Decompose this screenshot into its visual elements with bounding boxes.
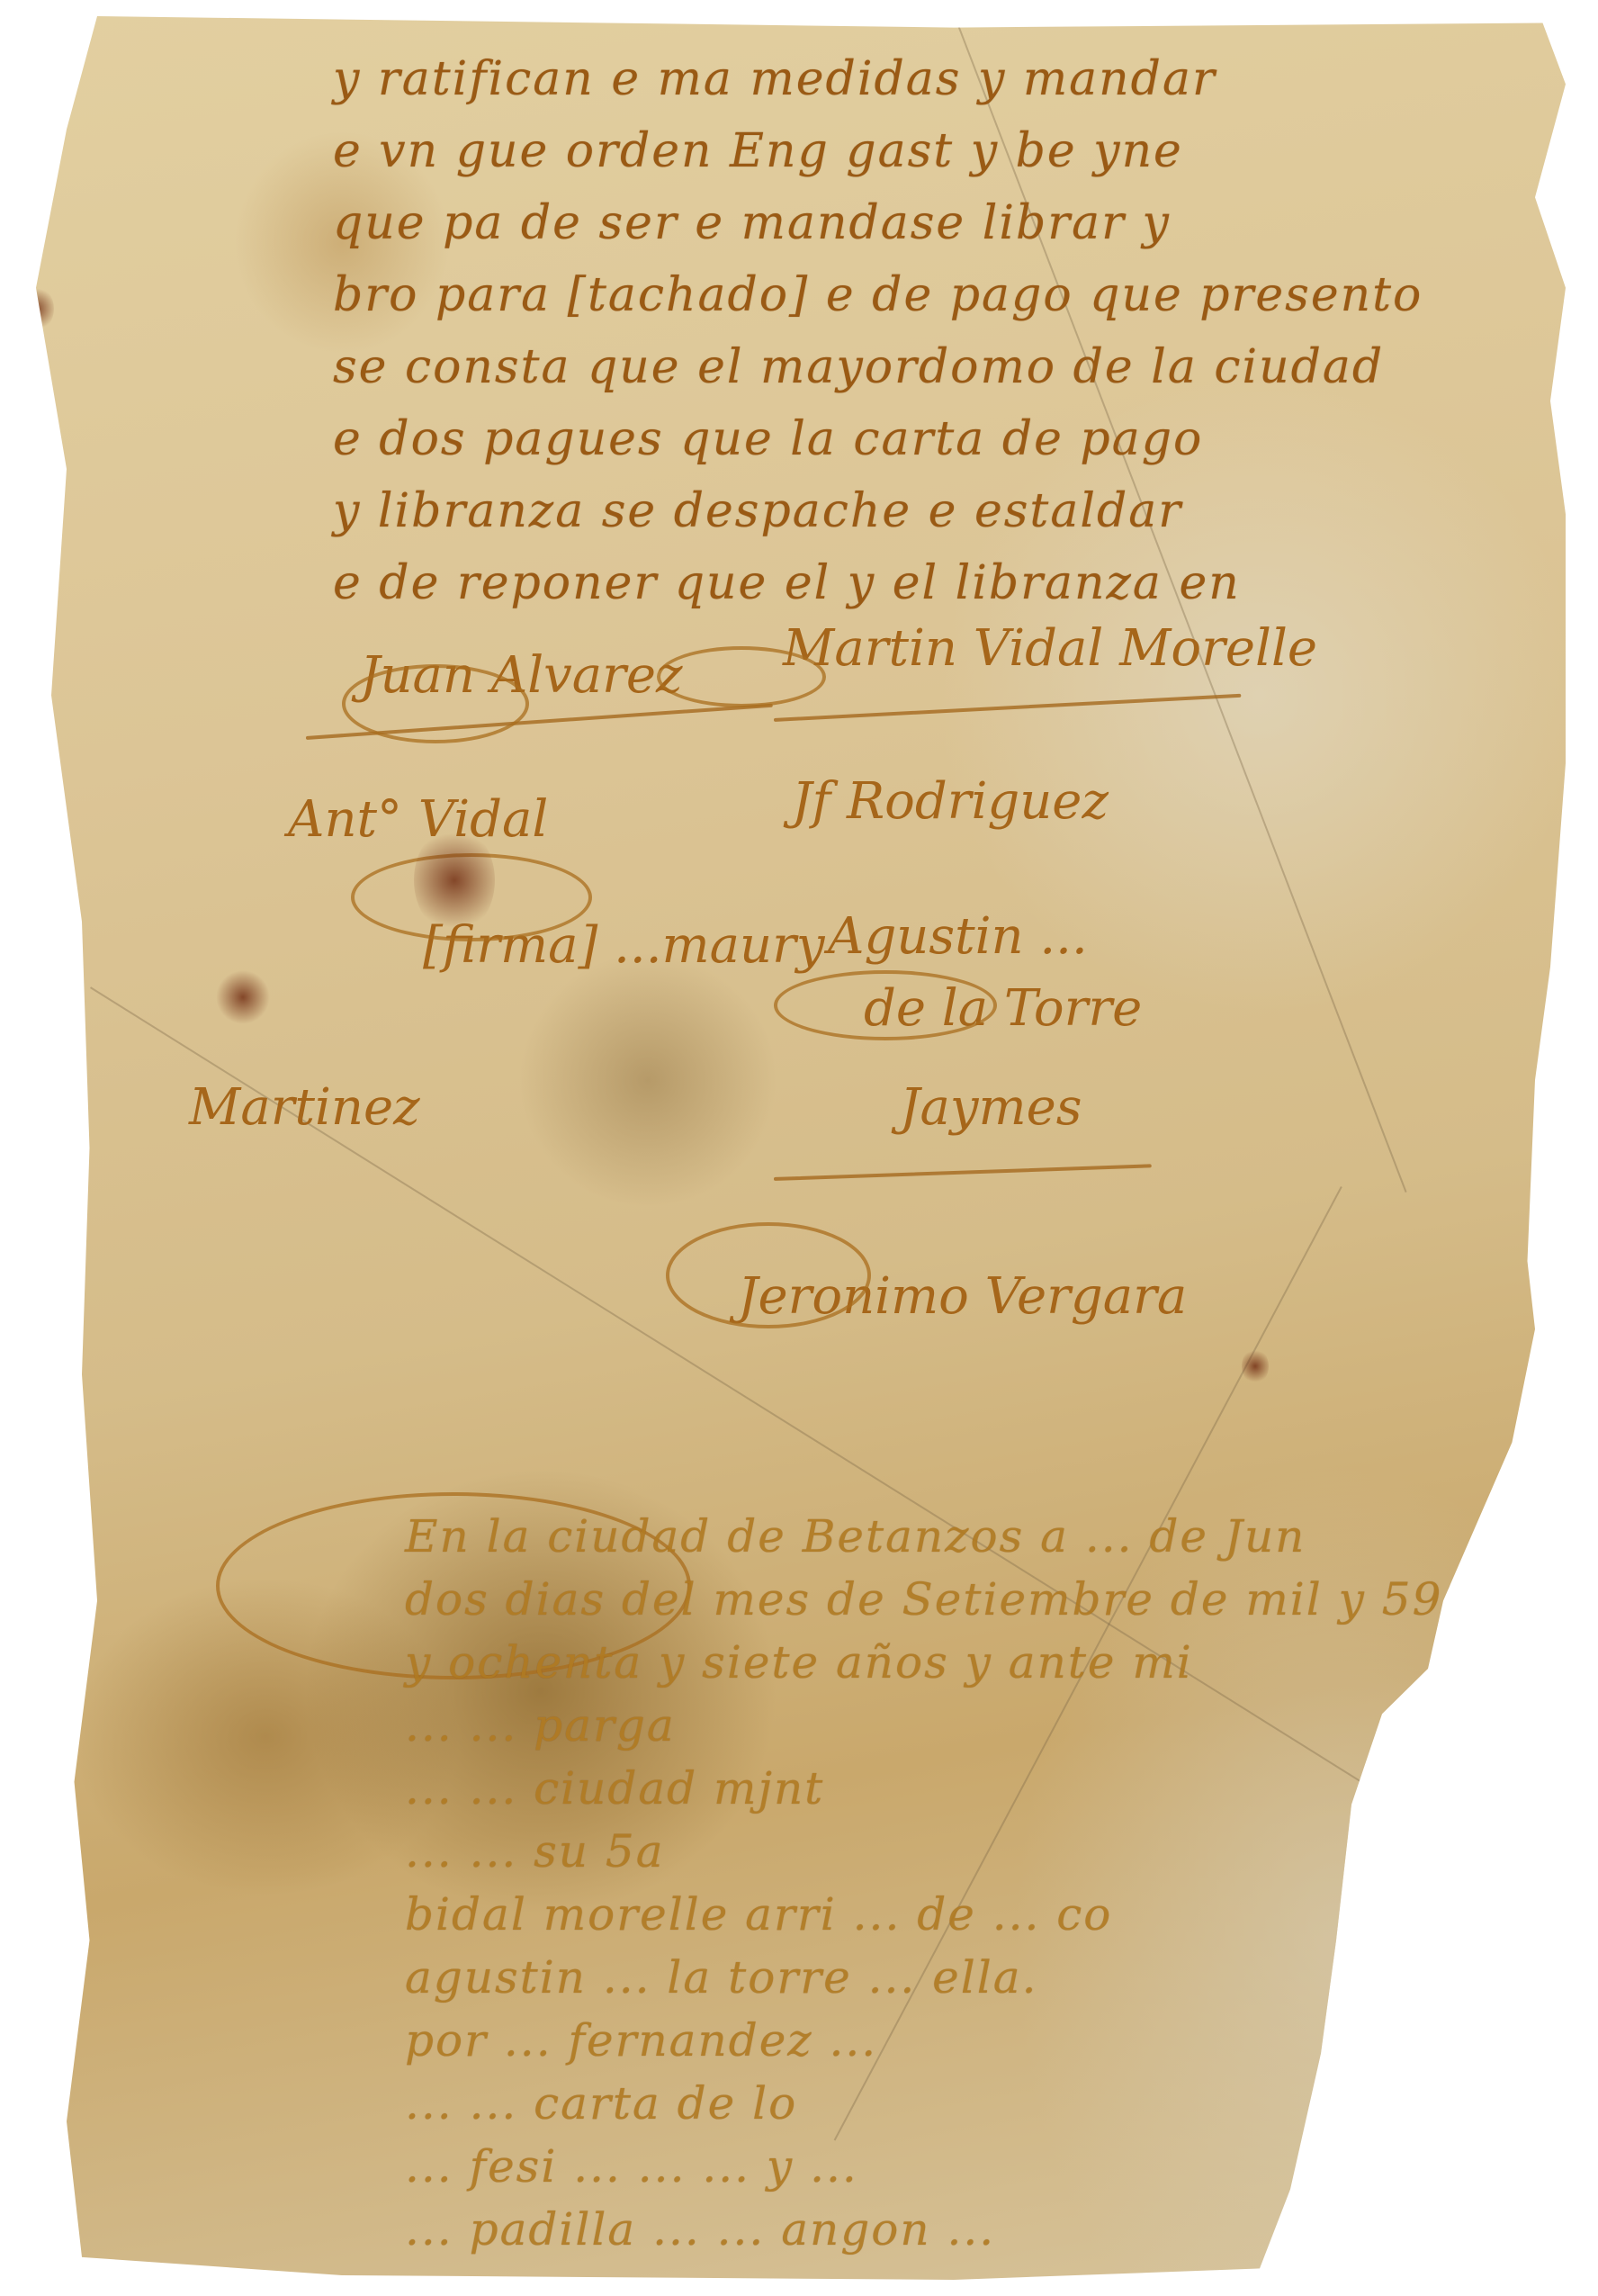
text-line: bro para [tachado] e de pago que present… [333,268,1423,322]
text-line: y libranza se despache e estaldar [333,484,1182,538]
text-line: agustin ... la torre ... ella. [405,1951,1037,2003]
text-line: ... ... parga [405,1699,676,1751]
ink-blot [1242,1348,1269,1384]
text-line: ... ... su 5a [405,1825,665,1877]
signature: Jaymes [900,1078,1082,1137]
signature: Martin Vidal Morelle [783,619,1317,678]
text-line: ... ... carta de lo [405,2077,797,2129]
text-line: e de reponer que el y el libranza en [333,556,1241,610]
text-line: por ... fernandez ... [405,2014,877,2066]
text-line: En la ciudad de Betanzos a ... de Jun [405,1510,1306,1562]
text-line: ... padilla ... ... angon ... [405,2203,995,2255]
ink-blot [414,826,495,934]
ink-blot [216,970,270,1024]
text-line: e vn gue orden Eng gast y be yne [333,124,1183,178]
text-line: e dos pagues que la carta de pago [333,412,1203,466]
text-line: que pa de ser e mandase librar y [333,196,1171,250]
signature-underline [774,694,1241,722]
text-line: y ratifican e ma medidas y mandar [333,52,1216,106]
text-line: bidal morelle arri ... de ... co [405,1888,1112,1940]
rubric-flourish [666,1222,871,1328]
signature: Jf Rodriguez [792,772,1109,831]
text-line: dos dias del mes de Setiembre de mil y 5… [405,1573,1473,1625]
signature: Martinez [189,1078,420,1137]
rubric-flourish [774,970,997,1040]
ink-blot [18,286,54,331]
text-line: y ochenta y siete años y ante mi [405,1636,1193,1688]
rubric-flourish [342,664,529,743]
manuscript-leaf: ​ y ratifican e ma medidas y mandar e vn… [36,16,1566,2280]
signature-underline [774,1164,1152,1181]
text-line: ... ... ciudad mjnt [405,1762,824,1814]
text-line: se consta que el mayordomo de la ciudad [333,340,1384,394]
signature: Ant° Vidal [288,790,548,849]
rubric-flourish [657,646,826,707]
signature: Agustin ... [828,907,1088,966]
text-line: ... fesi ... ... ... y ... [405,2140,858,2192]
